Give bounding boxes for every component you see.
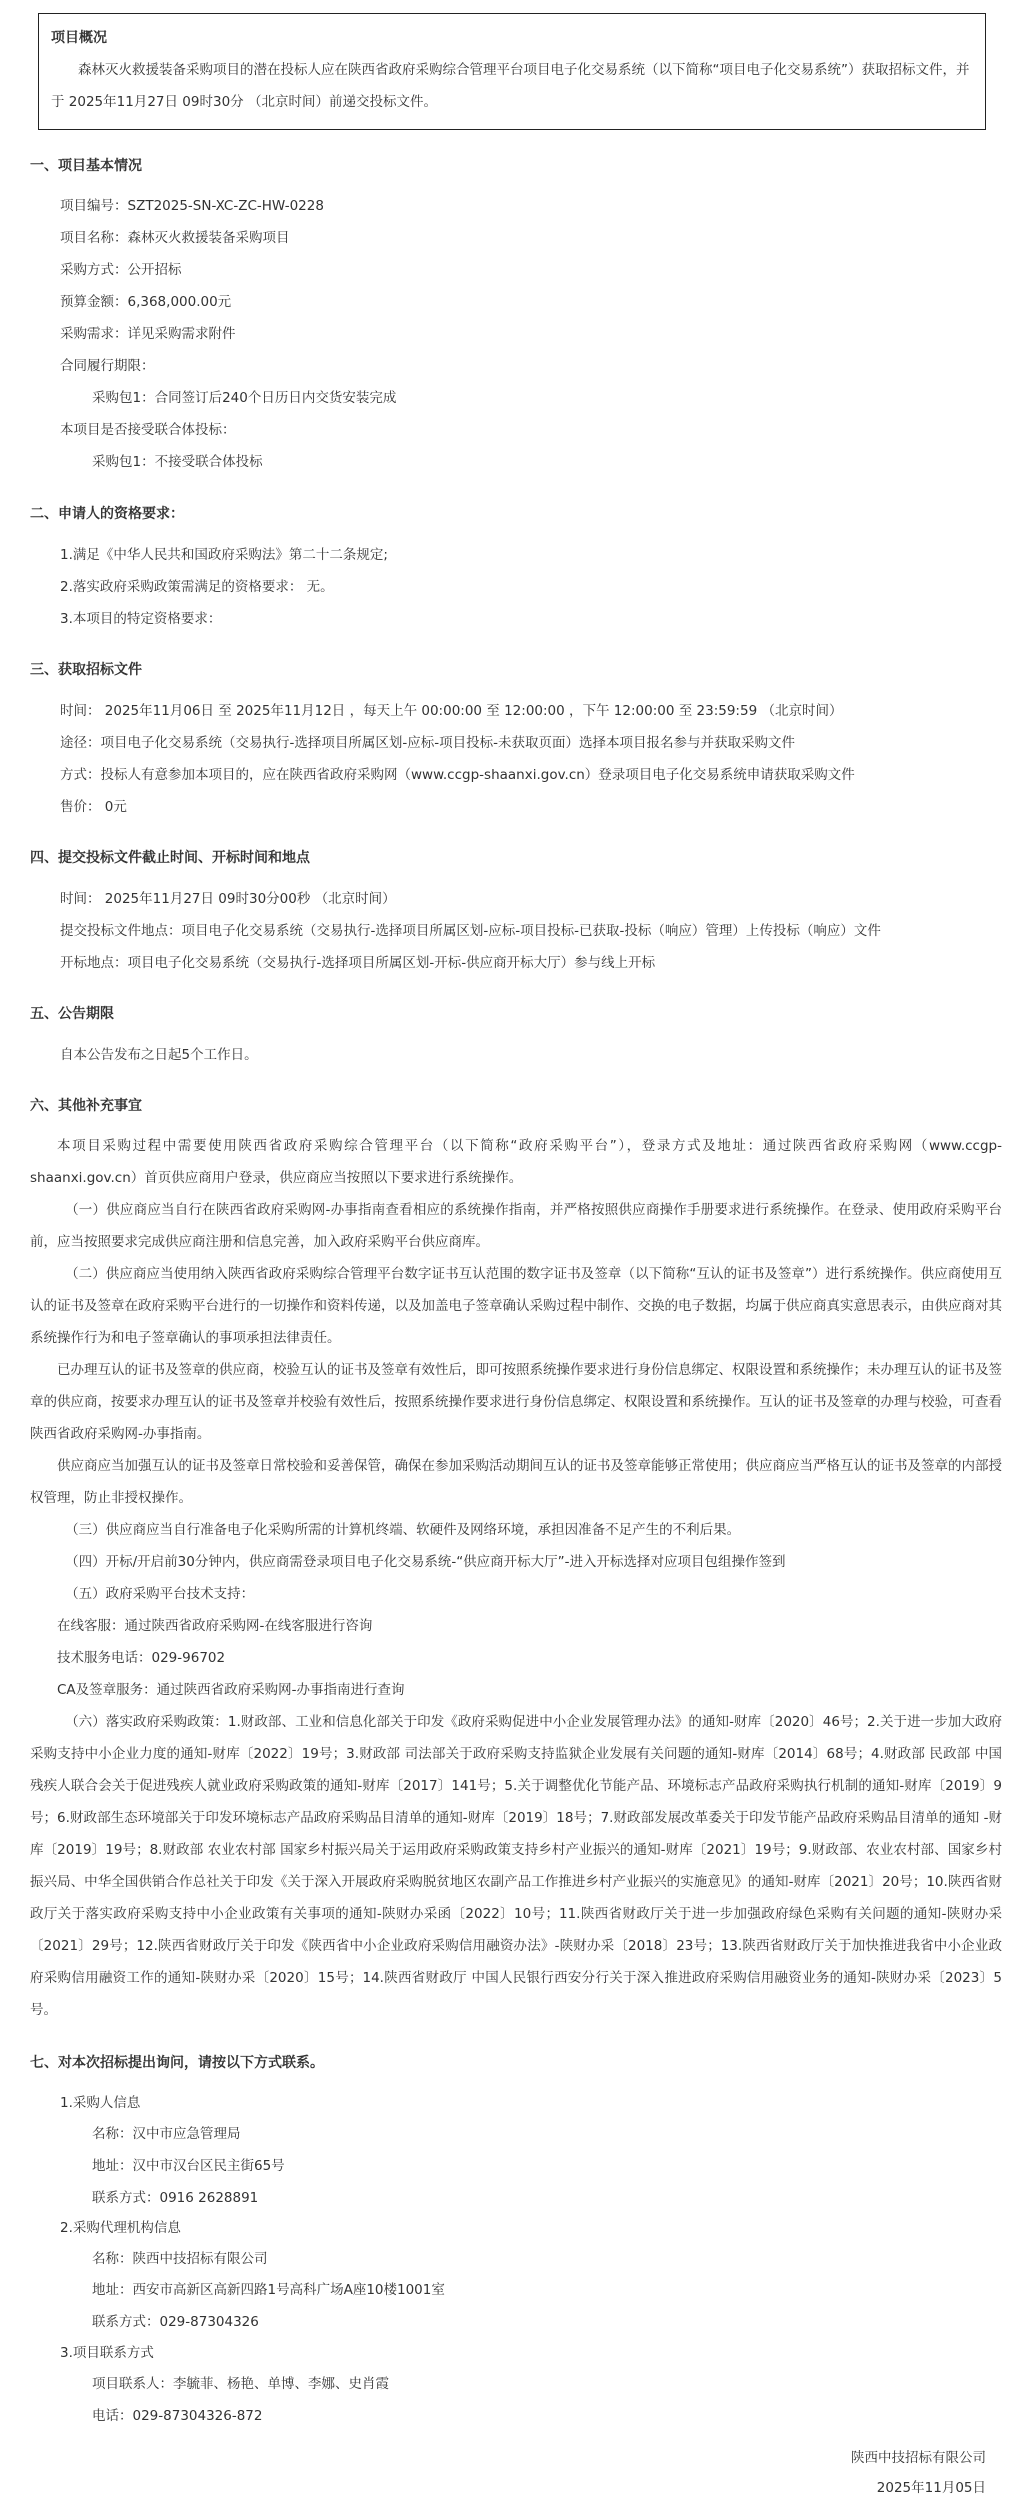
section-2-heading: 二、申请人的资格要求：	[30, 504, 184, 524]
project-number: 项目编号：SZT2025-SN-XC-ZC-HW-0228	[60, 196, 324, 216]
contract-term-package-1: 采购包1：合同签订后240个日历日内交货安装完成	[92, 388, 396, 408]
project-phone: 电话：029-87304326-872	[92, 2406, 263, 2426]
supplement-item-2-keep: 供应商应当加强互认的证书及签章日常校验和妥善保管，确保在参加采购活动期间互认的证…	[30, 1450, 1002, 1514]
support-online: 在线客服：通过陕西省政府采购网-在线客服进行咨询	[30, 1610, 1002, 1642]
submit-location: 提交投标文件地点：项目电子化交易系统（交易执行-选择项目所属区划-应标-项目投标…	[60, 921, 881, 941]
supplement-item-6-policies: （六）落实政府采购政策：1.财政部、工业和信息化部关于印发《政府采购促进中小企业…	[30, 1706, 1002, 2026]
overview-text: 森林灭火救援装备采购项目的潜在投标人应在陕西省政府采购综合管理平台项目电子化交易…	[51, 54, 973, 118]
consortium-label: 本项目是否接受联合体投标：	[60, 420, 236, 440]
project-contacts: 项目联系人：李毓菲、杨艳、单博、李娜、史肖霞	[92, 2374, 389, 2394]
supplement-intro: 本项目采购过程中需要使用陕西省政府采购综合管理平台（以下简称“政府采购平台”），…	[30, 1130, 1002, 1194]
bid-doc-time: 时间： 2025年11月06日 至 2025年11月12日 ，每天上午 00:0…	[60, 701, 842, 721]
supplement-item-3: （三）供应商应当自行准备电子化采购所需的计算机终端、软硬件及网络环境，承担因准备…	[30, 1514, 1002, 1546]
consortium-package-1: 采购包1：不接受联合体投标	[92, 452, 263, 472]
support-ca: CA及签章服务：通过陕西省政府采购网-办事指南进行查询	[30, 1674, 1002, 1706]
section-4-heading: 四、提交投标文件截止时间、开标时间和地点	[30, 848, 310, 868]
signature-date: 2025年11月05日	[877, 2478, 986, 2498]
supplement-item-2: （二）供应商应当使用纳入陕西省政府采购综合管理平台数字证书互认范围的数字证书及签…	[30, 1258, 1002, 1354]
agency-address: 地址：西安市高新区高新四路1号高科广场A座10楼1001室	[92, 2280, 445, 2300]
project-contact-label: 3.项目联系方式	[60, 2343, 154, 2363]
agency-name: 名称：陕西中技招标有限公司	[92, 2249, 268, 2269]
agency-contact: 联系方式：029-87304326	[92, 2312, 259, 2332]
section-1-heading: 一、项目基本情况	[30, 156, 142, 176]
supplement-item-2-cert: 已办理互认的证书及签章的供应商，校验互认的证书及签章有效性后，即可按照系统操作要…	[30, 1354, 1002, 1450]
bid-doc-price: 售价： 0元	[60, 797, 127, 817]
purchaser-name: 名称：汉中市应急管理局	[92, 2124, 241, 2144]
procurement-method: 采购方式：公开招标	[60, 260, 182, 280]
support-phone: 技术服务电话：029-96702	[30, 1642, 1002, 1674]
procurement-requirement: 采购需求：详见采购需求附件	[60, 324, 236, 344]
overview-title: 项目概况	[51, 28, 973, 48]
signature-company: 陕西中技招标有限公司	[851, 2448, 986, 2468]
qualification-item: 2.落实政府采购政策需满足的资格要求： 无。	[60, 577, 334, 597]
section-7-heading: 七、对本次招标提出询问，请按以下方式联系。	[30, 2053, 324, 2073]
section-6-heading: 六、其他补充事宜	[30, 1096, 142, 1116]
bid-doc-route: 途径：项目电子化交易系统（交易执行-选择项目所属区划-应标-项目投标-未获取页面…	[60, 733, 795, 753]
purchaser-label: 1.采购人信息	[60, 2093, 140, 2113]
contract-term-label: 合同履行期限：	[60, 356, 155, 376]
deadline-time: 时间： 2025年11月27日 09时30分00秒 （北京时间）	[60, 889, 396, 909]
supplement-item-4: （四）开标/开启前30分钟内，供应商需登录项目电子化交易系统-“供应商开标大厅”…	[30, 1546, 1002, 1578]
qualification-item: 1.满足《中华人民共和国政府采购法》第二十二条规定;	[60, 545, 388, 565]
purchaser-address: 地址：汉中市汉台区民主街65号	[92, 2156, 285, 2176]
section-5-heading: 五、公告期限	[30, 1004, 114, 1024]
project-name: 项目名称：森林灭火救援装备采购项目	[60, 228, 290, 248]
budget-amount: 预算金额：6,368,000.00元	[60, 292, 231, 312]
agency-label: 2.采购代理机构信息	[60, 2218, 181, 2238]
section-3-heading: 三、获取招标文件	[30, 660, 142, 680]
project-overview-box: 项目概况 森林灭火救援装备采购项目的潜在投标人应在陕西省政府采购综合管理平台项目…	[38, 13, 986, 130]
qualification-item: 3.本项目的特定资格要求：	[60, 609, 221, 629]
supplement-item-5: （五）政府采购平台技术支持：	[30, 1578, 1002, 1610]
notice-period: 自本公告发布之日起5个工作日。	[60, 1045, 258, 1065]
bid-doc-method: 方式：投标人有意参加本项目的，应在陕西省政府采购网（www.ccgp-shaan…	[60, 765, 855, 785]
purchaser-contact: 联系方式：0916 2628891	[92, 2188, 258, 2208]
opening-location: 开标地点：项目电子化交易系统（交易执行-选择项目所属区划-开标-供应商开标大厅）…	[60, 953, 655, 973]
supplement-item-1: （一）供应商应当自行在陕西省政府采购网-办事指南查看相应的系统操作指南，并严格按…	[30, 1194, 1002, 1258]
